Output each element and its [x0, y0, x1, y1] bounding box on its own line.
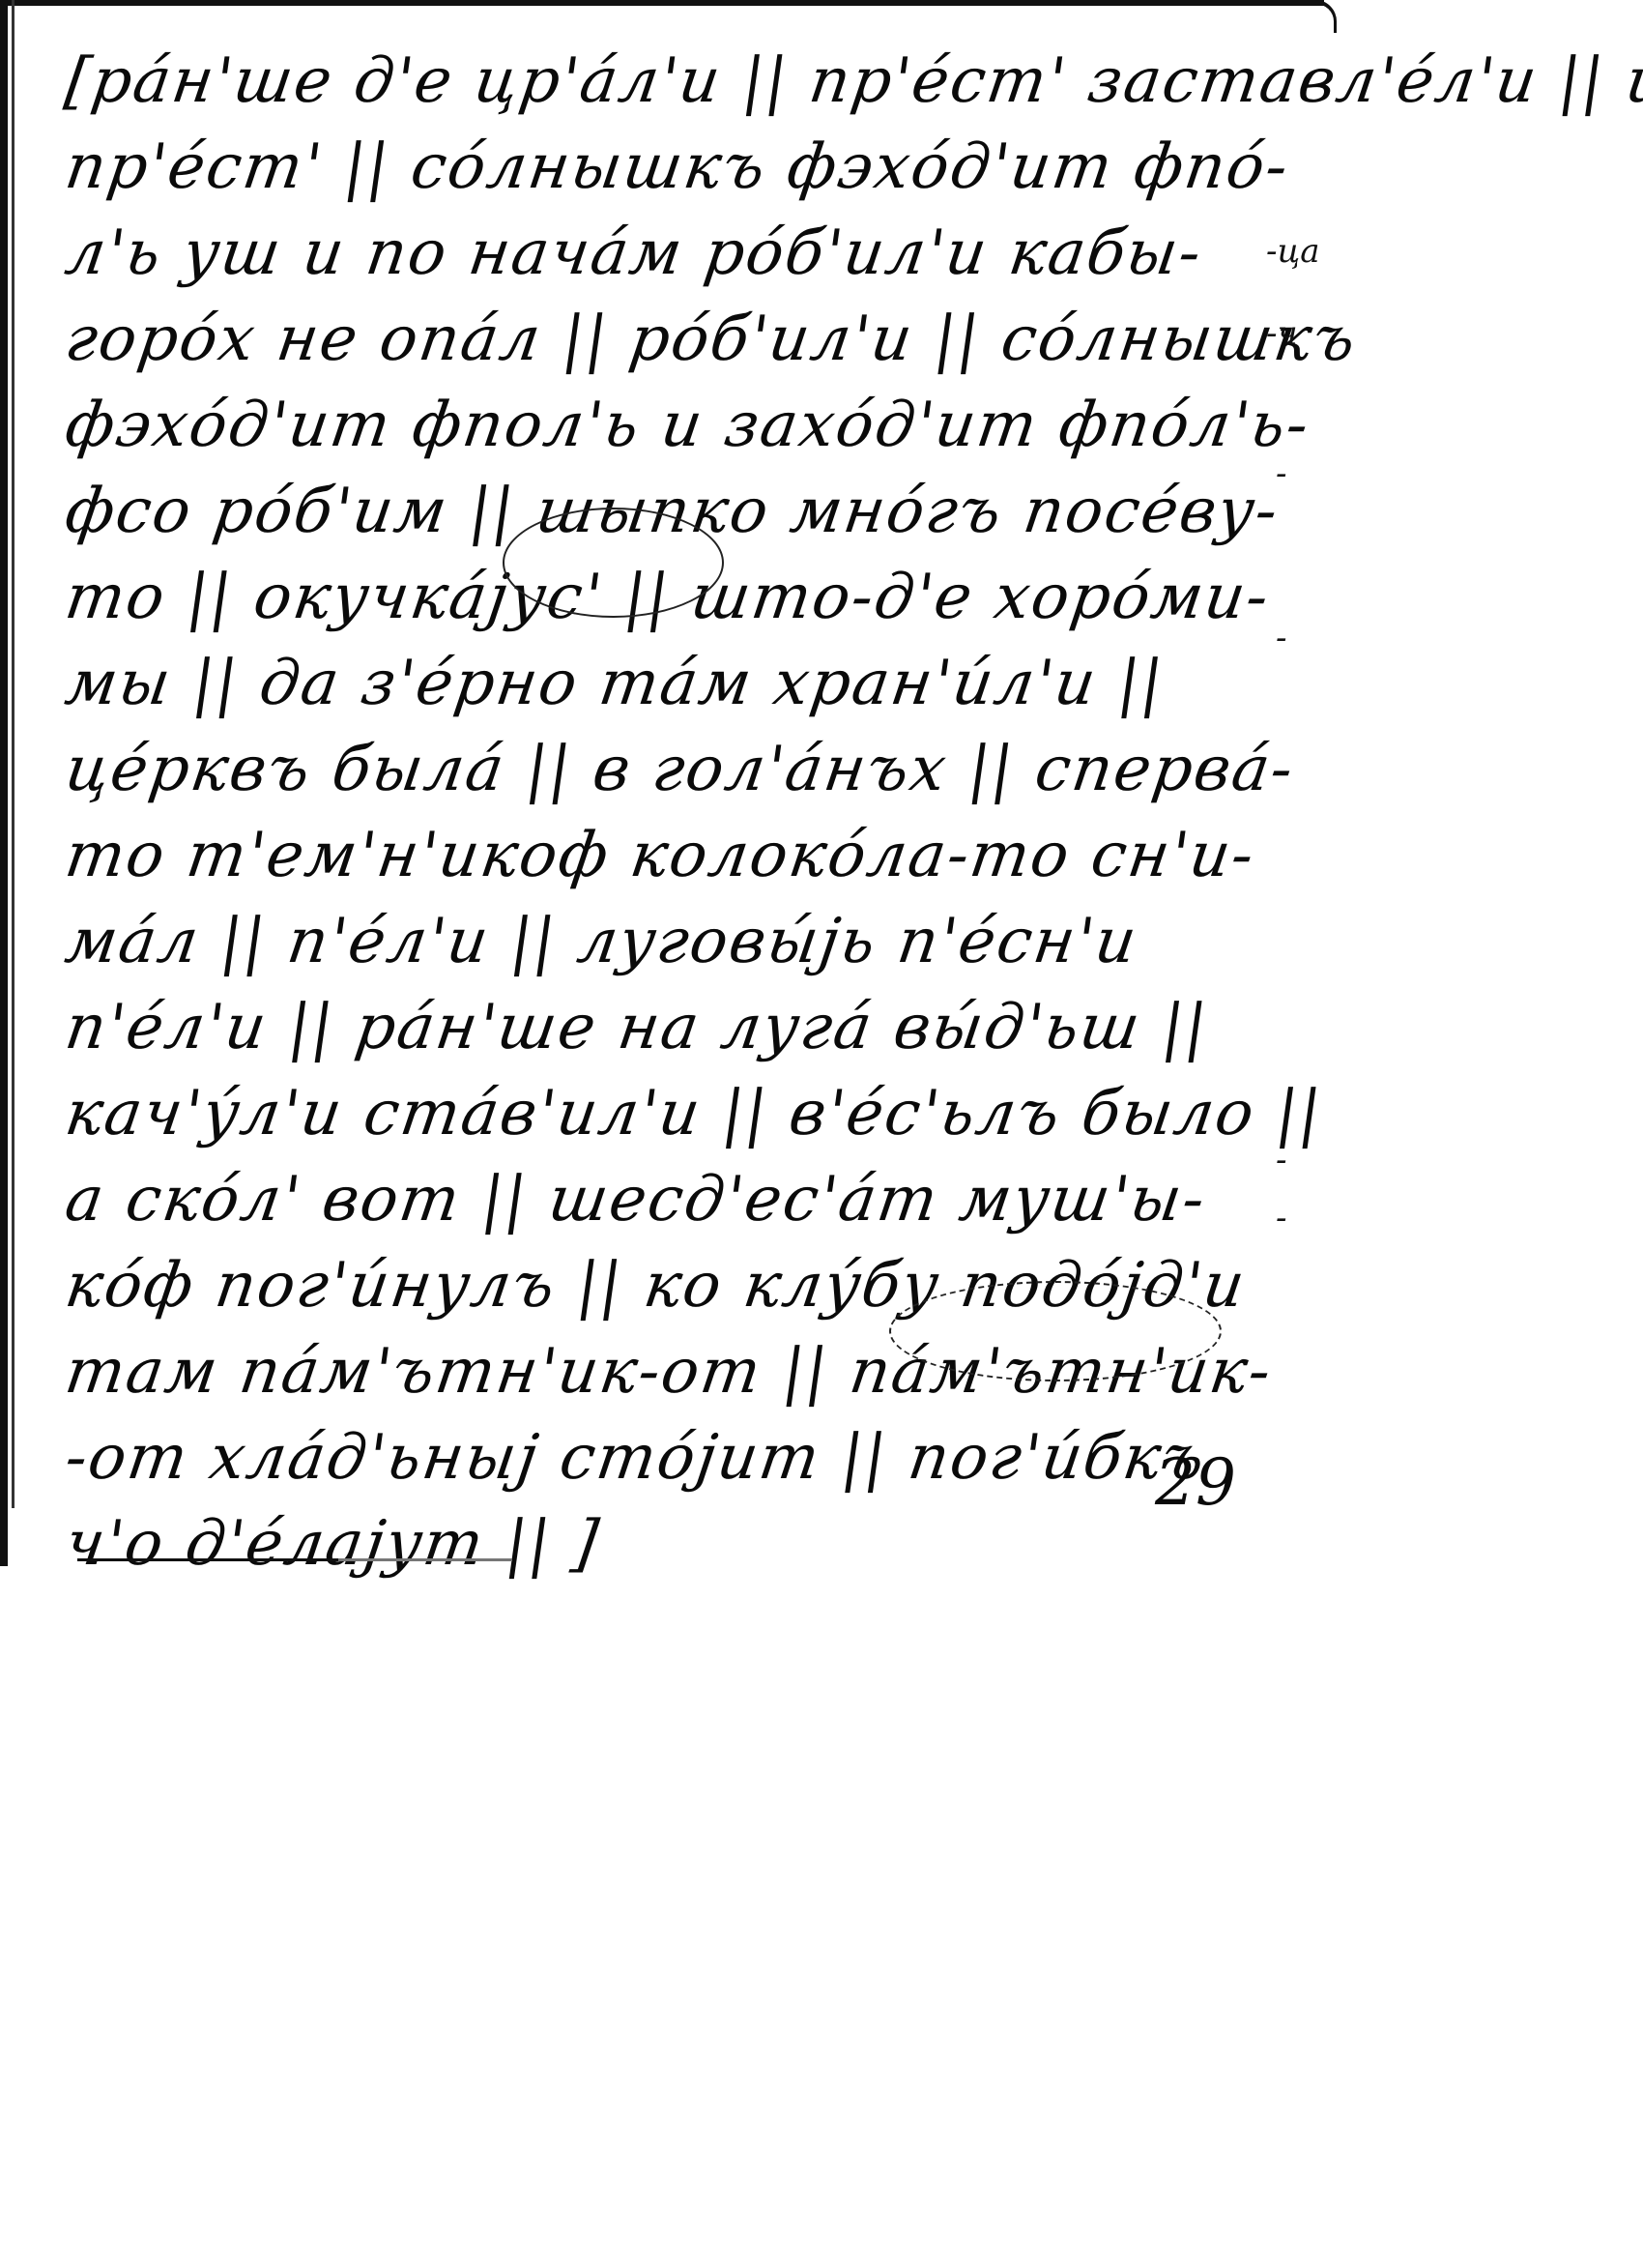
text-line: [ра́н'ше д'е цр'а́л'и || пр'е́ст' застав…: [60, 39, 1329, 125]
manuscript-page: [ра́н'ше д'е цр'а́л'и || пр'е́ст' застав…: [0, 0, 1643, 2268]
text-line: пр'е́ст' || со́лнышкъ фэхо́д'ит фпо́-: [60, 125, 1329, 211]
annotation-circle: [503, 508, 724, 618]
margin-note: -: [1276, 1199, 1287, 1237]
text-line: а ско́л' вот || шесд'ес'а́т муш'ы-: [60, 1157, 1329, 1243]
page-number: 29: [1155, 1445, 1236, 1520]
text-line: ма́л || п'е́л'и || луговы́јь п'е́сн'и: [60, 899, 1329, 985]
text-line: кач'у́л'и ста́в'ил'и || в'е́с'ьлъ было |…: [60, 1071, 1329, 1157]
scan-top-edge: [0, 0, 1324, 6]
margin-note: -ца: [1266, 232, 1319, 271]
margin-note: -: [1276, 619, 1287, 657]
scan-left-edge-inner: [12, 0, 14, 1508]
text-line: фэхо́д'ит фпол'ь и захо́д'ит фпо́л'ь-: [60, 383, 1329, 469]
margin-note: -: [1276, 454, 1287, 493]
scan-left-edge: [0, 0, 8, 1566]
scan-corner-mark: [1295, 0, 1337, 33]
margin-note: -: [1276, 1141, 1287, 1179]
end-rule: [77, 1558, 512, 1561]
annotation-circle: [889, 1281, 1222, 1381]
text-line: п'е́л'и || ра́н'ше на луга́ вы́д'ьш ||: [60, 985, 1329, 1071]
margin-note: -ч: [1266, 314, 1298, 353]
text-line: ч'о д'е́лајут || ]: [60, 1501, 1329, 1587]
text-line: це́рквъ была́ || в гол'а́нъх || сперва́-: [60, 727, 1329, 813]
text-line: л'ь уш и по нача́м ро́б'ил'и кабы-: [60, 211, 1329, 297]
text-line: то т'ем'н'икоф колоко́ла-то сн'и-: [60, 813, 1329, 899]
text-line: горо́х не опа́л || ро́б'ил'и || со́лнышк…: [60, 297, 1329, 383]
text-line: мы || да з'е́рно та́м хран'и́л'и ||: [60, 641, 1329, 727]
text-line: -от хла́д'ьныј сто́јит || пог'и́бкъ: [60, 1415, 1329, 1501]
